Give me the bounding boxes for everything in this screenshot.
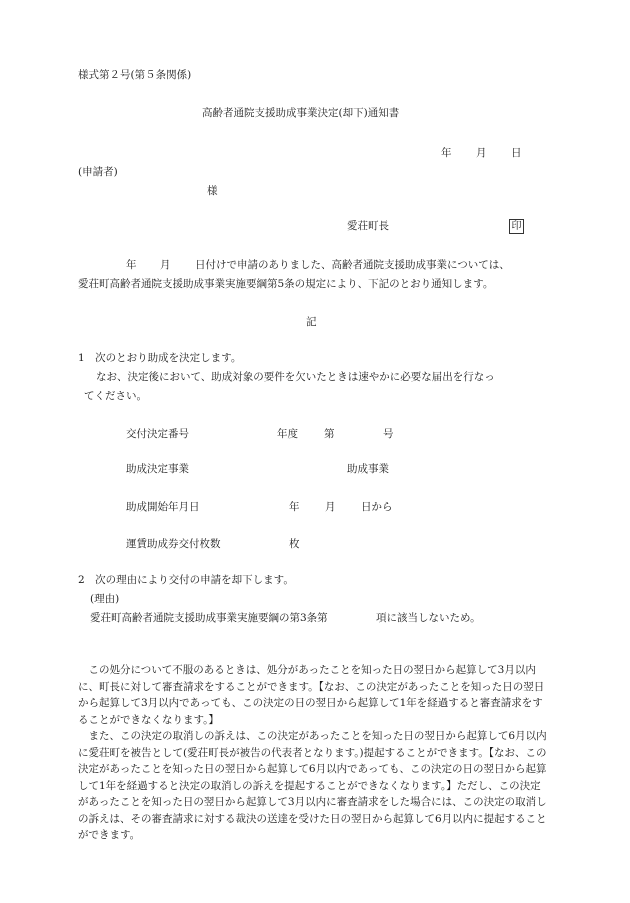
date-day: 日 xyxy=(511,147,522,160)
applicant-label: (申請者) xyxy=(78,166,118,179)
applicant-honorific: 様 xyxy=(207,185,218,198)
reason-text-b: 項に該当しないため。 xyxy=(376,612,481,625)
section2-heading: 2 次の理由により交付の申請を却下します。 xyxy=(78,574,294,587)
section1-heading: 1 次のとおり助成を決定します。 xyxy=(78,352,241,365)
seal-stamp-icon: 印 xyxy=(509,219,524,234)
issuer-name: 愛荘町長 xyxy=(347,220,389,233)
item-value: 助成事業 xyxy=(347,463,389,476)
date-month: 月 xyxy=(476,147,487,160)
item-value: 枚 xyxy=(289,538,300,551)
item-label: 助成決定事業 xyxy=(126,463,189,476)
intro-year: 年 xyxy=(126,259,137,272)
item-value: 月 xyxy=(325,501,336,514)
item-label: 助成開始年月日 xyxy=(126,501,200,514)
section1-note-line1: なお、決定後において、助成対象の要件を欠いたときは速やかに必要な届出を行なっ xyxy=(96,371,495,384)
intro-line1: 日付けで申請のありました、高齢者通院支援助成事業については、 xyxy=(195,259,510,272)
item-value: 年 xyxy=(289,501,300,514)
item-value: 号 xyxy=(383,428,394,441)
ki-heading: 記 xyxy=(306,316,317,329)
appeal-notice-paragraph-1: この処分について不服のあるときは、処分があったことを知った日の翌日から起算して3… xyxy=(78,662,548,728)
date-year: 年 xyxy=(441,147,452,160)
intro-month: 月 xyxy=(160,259,171,272)
item-value: 日から xyxy=(361,501,393,514)
intro-line2: 愛荘町高齢者通院支援助成事業実施要綱第5条の規定により、下記のとおり通知します。 xyxy=(78,278,493,291)
appeal-notice-paragraph-2: また、この決定の取消しの訴えは、この決定があったことを知った日の翌日から起算して… xyxy=(78,728,548,844)
item-value: 年度 xyxy=(277,428,298,441)
item-value: 第 xyxy=(324,428,335,441)
form-label: 様式第２号(第５条関係) xyxy=(78,69,191,82)
reason-text-a: 愛荘町高齢者通院支援助成事業実施要綱の第3条第 xyxy=(90,612,328,625)
document-title: 高齢者通院支援助成事業決定(却下)通知書 xyxy=(202,107,399,120)
section1-note-line2: てください。 xyxy=(84,390,147,403)
item-label: 運賃助成券交付枚数 xyxy=(126,538,221,551)
item-label: 交付決定番号 xyxy=(126,428,189,441)
reason-label: (理由) xyxy=(90,593,119,606)
